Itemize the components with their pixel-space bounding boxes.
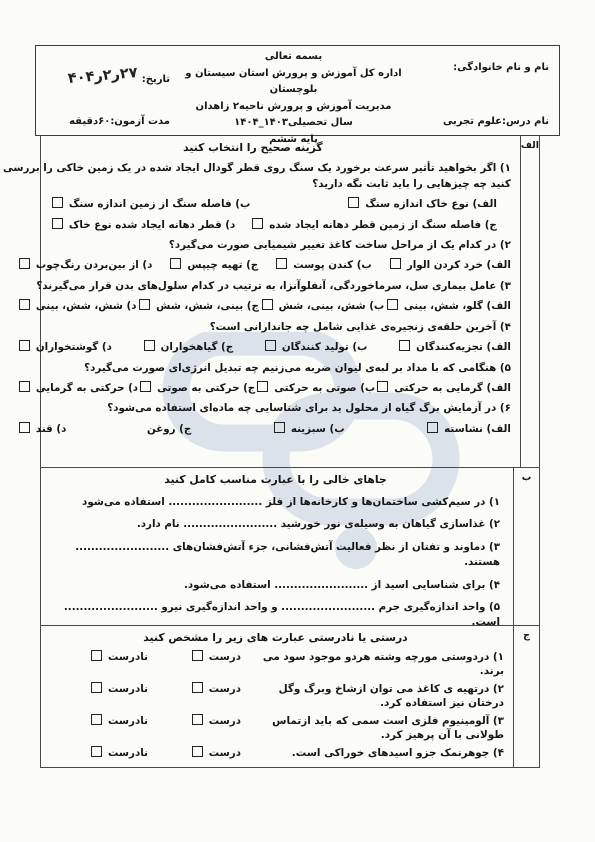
option-text: ج) روغن bbox=[147, 423, 191, 435]
option: الف) خرد کردن الوار bbox=[388, 258, 511, 273]
option: ب) کندن پوست bbox=[274, 258, 372, 273]
checkbox[interactable] bbox=[170, 258, 181, 269]
option: د) قند bbox=[17, 422, 66, 437]
checkbox[interactable] bbox=[91, 682, 102, 693]
options-row: الف) خرد کردن الوار ب) کندن پوست ج) تهیه… bbox=[0, 258, 511, 273]
section-fill-blanks: ب جاهای خالی را با عبارت مناسب کامل کنید… bbox=[41, 467, 539, 625]
tf-controls: درست نادرست bbox=[89, 714, 241, 729]
tf-false-option: نادرست bbox=[89, 650, 148, 665]
department-line: اداره کل آموزش و پرورش استان سیستان و بل… bbox=[176, 66, 411, 99]
checkbox[interactable] bbox=[139, 299, 150, 310]
section-multiple-choice: الف گزینه صحیح را انتخاب کنید ۱) اگر بخو… bbox=[41, 136, 539, 467]
date-row: تاریخ: ۲۷ر۲ر۴۰۴ bbox=[44, 70, 170, 86]
question-text: ۳) عامل بیماری سل، سرماخوردگی، آنفلوآنزا… bbox=[0, 279, 511, 294]
option-text: الف) نوع خاک اندازه سنگ bbox=[365, 198, 497, 210]
exam-paper-page: نام و نام خانوادگی: نام درس:علوم تجربی ب… bbox=[0, 0, 595, 842]
option-text: ج) فاصله سنگ از زمین قطر دهانه ایجاد شده bbox=[269, 219, 497, 231]
checkbox[interactable] bbox=[252, 218, 263, 229]
question-text: ۵) هنگامی که با مداد بر لبه‌ی لیوان ضربه… bbox=[0, 361, 511, 376]
tf-false-label: نادرست bbox=[108, 683, 148, 695]
section-true-false: ج درستی یا نادرستی عبارت های زیر را مشخص… bbox=[41, 625, 539, 767]
option-text: د) شش، شش، بینی bbox=[36, 300, 137, 312]
option-text: ب) صوتی به حرکتی bbox=[274, 382, 375, 394]
checkbox[interactable] bbox=[91, 714, 102, 725]
checkbox[interactable] bbox=[274, 422, 285, 433]
option-text: الف) تجزیه‌کنندگان bbox=[416, 341, 511, 353]
option: د) حرکتی به گرمایی bbox=[17, 381, 138, 396]
checkbox[interactable] bbox=[91, 746, 102, 757]
tf-true-option: درست bbox=[190, 714, 241, 729]
school-year-line: سال تحصیلی۱۴۰۳_۱۴۰۴ bbox=[176, 115, 411, 132]
option: ب) سبزینه bbox=[272, 422, 345, 437]
section-a-content: گزینه صحیح را انتخاب کنید ۱) اگر بخواهید… bbox=[0, 136, 520, 467]
option: الف) گرمایی به حرکتی bbox=[375, 381, 511, 396]
option: ج) حرکتی به صوتی bbox=[138, 381, 255, 396]
fullname-label: نام و نام خانوادگی: bbox=[415, 62, 549, 73]
header-student-info: نام و نام خانوادگی: نام درس:علوم تجربی bbox=[411, 46, 559, 135]
option-text: ب) تولید کنندگان bbox=[282, 341, 368, 353]
option: الف) نشاسته bbox=[425, 422, 511, 437]
checkbox[interactable] bbox=[91, 650, 102, 661]
checkbox[interactable] bbox=[390, 258, 401, 269]
option-text: الف) نشاسته bbox=[444, 423, 511, 435]
option: ج) فاصله سنگ از زمین قطر دهانه ایجاد شده bbox=[250, 218, 497, 233]
date-label: تاریخ: bbox=[142, 74, 170, 85]
option: ج) بینی، شش، شش bbox=[137, 299, 259, 314]
checkbox[interactable] bbox=[19, 258, 30, 269]
options-row: الف) نشاسته ب) سبزینه ج) روغن د) قند bbox=[0, 422, 511, 437]
option: ج) گیاهخواران bbox=[142, 340, 234, 355]
checkbox[interactable] bbox=[140, 381, 151, 392]
option: الف) تجزیه‌کنندگان bbox=[397, 340, 511, 355]
tf-controls: درست نادرست bbox=[89, 650, 241, 665]
question-text: ۱) اگر بخواهید تأثیر سرعت برخورد یک سنگ … bbox=[0, 161, 511, 192]
checkbox[interactable] bbox=[427, 422, 438, 433]
section-b-title: جاهای خالی را با عبارت مناسب کامل کنید bbox=[47, 472, 504, 488]
header-school-info: بسمه تعالی اداره کل آموزش و پرورش استان … bbox=[176, 46, 411, 135]
tf-row: ۳) آلومینیوم فلزی است سمی که باید ازتماس… bbox=[47, 714, 504, 742]
checkbox[interactable] bbox=[192, 650, 203, 661]
tf-false-option: نادرست bbox=[89, 682, 148, 697]
options-row: ج) فاصله سنگ از زمین قطر دهانه ایجاد شده… bbox=[0, 218, 511, 233]
option-text: الف) گرمایی به حرکتی bbox=[394, 382, 511, 394]
district-line: مدیریت آموزش و پرورش ناحیه۲ زاهدان bbox=[176, 99, 411, 116]
option: ج) روغن bbox=[147, 422, 191, 437]
tf-statement: ۱) دردوستی مورچه وشته هردو موجود سود می … bbox=[241, 650, 504, 678]
option: ب) فاصله سنگ از زمین اندازه سنگ bbox=[50, 197, 250, 212]
option-text: ج) حرکتی به صوتی bbox=[157, 382, 255, 394]
section-c-content: درستی یا نادرستی عبارت های زیر را مشخص ک… bbox=[41, 626, 513, 767]
handwritten-date: ۲۷ر۲ر۴۰۴ bbox=[68, 65, 139, 87]
section-c-title: درستی یا نادرستی عبارت های زیر را مشخص ک… bbox=[47, 630, 504, 646]
tf-statement: ۴) جوهرنمک جزو اسیدهای خوراکی است. bbox=[241, 746, 504, 760]
blank-item: ۲) غذاسازی گیاهان به وسیله‌ی نور خورشید … bbox=[47, 517, 504, 532]
option-text: ج) گیاهخواران bbox=[161, 341, 234, 353]
options-row: الف) گلو، شش، بینی ب) شش، بینی، شش ج) بی… bbox=[0, 299, 511, 314]
checkbox[interactable] bbox=[52, 218, 63, 229]
question-text: ۴) آخرین حلقه‌ی زنجیره‌ی غذایی شامل چه ج… bbox=[0, 320, 511, 335]
option: د) قطر دهانه ایجاد شده نوع خاک bbox=[50, 218, 235, 233]
checkbox[interactable] bbox=[192, 682, 203, 693]
exam-header: نام و نام خانوادگی: نام درس:علوم تجربی ب… bbox=[35, 45, 560, 136]
tf-controls: درست نادرست bbox=[89, 682, 241, 697]
tf-true-label: درست bbox=[209, 747, 241, 759]
question-text: ۲) در کدام یک از مراحل ساخت کاغذ تغییر ش… bbox=[0, 238, 511, 253]
question-text: ۶) در آزمایش برگ گیاه از محلول ید برای ش… bbox=[0, 401, 511, 416]
option: ج) تهیه چیپس bbox=[168, 258, 258, 273]
checkbox[interactable] bbox=[399, 340, 410, 351]
options-row: الف) تجزیه‌کنندگان ب) تولید کنندگان ج) گ… bbox=[0, 340, 511, 355]
checkbox[interactable] bbox=[265, 340, 276, 351]
grade-line: پایه ششم bbox=[176, 132, 411, 149]
tf-false-label: نادرست bbox=[108, 715, 148, 727]
tf-true-label: درست bbox=[209, 715, 241, 727]
option: ب) صوتی به حرکتی bbox=[255, 381, 375, 396]
option-text: د) قند bbox=[36, 423, 66, 435]
option-text: الف) گلو، شش، بینی bbox=[404, 300, 511, 312]
option-text: الف) خرد کردن الوار bbox=[407, 259, 511, 271]
margin-letter-b: ب bbox=[513, 468, 539, 625]
tf-true-option: درست bbox=[190, 650, 241, 665]
blank-item: ۳) دماوند و تفتان از نظر فعالیت آتش‌فشان… bbox=[47, 540, 504, 571]
option-text: د) گوشتخواران bbox=[36, 341, 112, 353]
option: الف) نوع خاک اندازه سنگ bbox=[346, 197, 497, 212]
section-b-content: جاهای خالی را با عبارت مناسب کامل کنید ۱… bbox=[41, 468, 513, 625]
checkbox[interactable] bbox=[257, 381, 268, 392]
subject-label: نام درس:علوم تجربی bbox=[415, 116, 549, 127]
checkbox[interactable] bbox=[19, 299, 30, 310]
tf-true-label: درست bbox=[209, 683, 241, 695]
tf-true-option: درست bbox=[190, 682, 241, 697]
basmala-line: بسمه تعالی bbox=[176, 49, 411, 66]
checkbox[interactable] bbox=[262, 299, 273, 310]
duration-label: مدت آزمون:۶۰دقیقه bbox=[44, 116, 170, 127]
option: د) گوشتخواران bbox=[17, 340, 112, 355]
checkbox[interactable] bbox=[52, 197, 63, 208]
option-text: د) از بین‌بردن رنگ‌چوب bbox=[36, 259, 152, 271]
option: د) شش، شش، بینی bbox=[17, 299, 137, 314]
tf-false-option: نادرست bbox=[89, 714, 148, 729]
option: الف) گلو، شش، بینی bbox=[385, 299, 511, 314]
option-text: د) حرکتی به گرمایی bbox=[36, 382, 138, 394]
option-text: ب) شش، بینی، شش bbox=[279, 300, 385, 312]
tf-controls: درست نادرست bbox=[89, 746, 241, 761]
checkbox[interactable] bbox=[19, 340, 30, 351]
exam-body: الف گزینه صحیح را انتخاب کنید ۱) اگر بخو… bbox=[40, 135, 540, 768]
checkbox[interactable] bbox=[377, 381, 388, 392]
margin-letter-a: الف bbox=[520, 136, 539, 467]
checkbox[interactable] bbox=[192, 714, 203, 725]
checkbox[interactable] bbox=[276, 258, 287, 269]
option: د) از بین‌بردن رنگ‌چوب bbox=[17, 258, 152, 273]
checkbox[interactable] bbox=[348, 197, 359, 208]
tf-true-option: درست bbox=[190, 746, 241, 761]
blank-item: ۴) برای شناسایی اسید از ................… bbox=[47, 578, 504, 593]
margin-letter-c: ج bbox=[513, 626, 539, 767]
option-text: ج) بینی، شش، شش bbox=[156, 300, 259, 312]
checkbox[interactable] bbox=[192, 746, 203, 757]
tf-row: ۲) درتهیه ی کاغذ می توان ازشاخ وبرگ وگل … bbox=[47, 682, 504, 710]
tf-false-label: نادرست bbox=[108, 747, 148, 759]
option-text: ب) کندن پوست bbox=[293, 259, 372, 271]
tf-statement: ۳) آلومینیوم فلزی است سمی که باید ازتماس… bbox=[241, 714, 504, 742]
option-text: ج) تهیه چیپس bbox=[187, 259, 258, 271]
options-row: الف) گرمایی به حرکتی ب) صوتی به حرکتی ج)… bbox=[0, 381, 511, 396]
tf-row: ۴) جوهرنمک جزو اسیدهای خوراکی است. درست … bbox=[47, 746, 504, 761]
tf-statement: ۲) درتهیه ی کاغذ می توان ازشاخ وبرگ وگل … bbox=[241, 682, 504, 710]
option-text: د) قطر دهانه ایجاد شده نوع خاک bbox=[69, 219, 235, 231]
checkbox[interactable] bbox=[19, 381, 30, 392]
checkbox[interactable] bbox=[19, 422, 30, 433]
option-text: ب) فاصله سنگ از زمین اندازه سنگ bbox=[69, 198, 250, 210]
tf-row: ۱) دردوستی مورچه وشته هردو موجود سود می … bbox=[47, 650, 504, 678]
options-row: الف) نوع خاک اندازه سنگ ب) فاصله سنگ از … bbox=[0, 197, 511, 212]
checkbox[interactable] bbox=[144, 340, 155, 351]
tf-false-option: نادرست bbox=[89, 746, 148, 761]
option: ب) تولید کنندگان bbox=[263, 340, 368, 355]
tf-true-label: درست bbox=[209, 651, 241, 663]
blank-item: ۱) در سیم‌کشی ساختمان‌ها و کارخانه‌ها از… bbox=[47, 495, 504, 510]
option-text: ب) سبزینه bbox=[291, 423, 345, 435]
option: ب) شش، بینی، شش bbox=[260, 299, 385, 314]
checkbox[interactable] bbox=[387, 299, 398, 310]
tf-false-label: نادرست bbox=[108, 651, 148, 663]
header-exam-meta: تاریخ: ۲۷ر۲ر۴۰۴ مدت آزمون:۶۰دقیقه bbox=[36, 46, 176, 135]
